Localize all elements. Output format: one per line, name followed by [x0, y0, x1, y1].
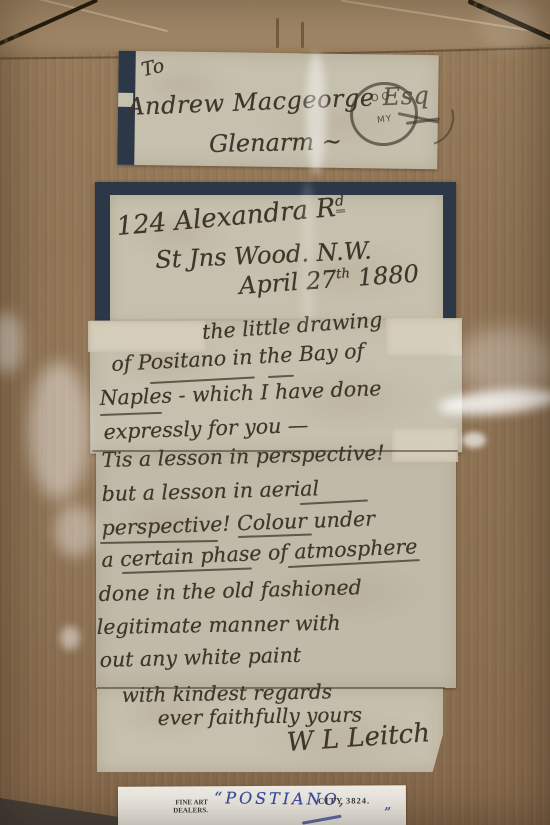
envelope-to: To [139, 55, 166, 82]
date-year: 1880 [357, 259, 420, 291]
frame-shadow [0, 798, 118, 825]
tape-patch [386, 318, 462, 356]
dealer-label: FINE ART DEALERS. “POSTIANO, CITY 3824. … [118, 785, 406, 825]
label-fragment-quote: ” [384, 805, 391, 821]
label-city-code: CITY 3824. [318, 795, 370, 805]
glass-reflection [0, 312, 22, 374]
dealer-name-line2: DEALERS. [146, 806, 208, 814]
glass-reflection [60, 626, 80, 650]
dealer-name: FINE ART DEALERS. [146, 798, 208, 814]
framed-letter-photo: To Andrew Macgeorge Esq Glenarm ~ OO MY … [0, 0, 550, 825]
nail-mark [301, 22, 304, 48]
label-handwriting-fragment [302, 815, 342, 825]
tape-patch [392, 428, 458, 462]
glass-reflection [455, 328, 550, 396]
glass-reflection [28, 362, 90, 500]
letter-line: legitimate manner with [97, 611, 341, 639]
nail-mark [276, 18, 279, 48]
date-sup: th [336, 266, 351, 282]
street-sup: d [334, 194, 345, 214]
envelope-place: Glenarm ~ [209, 127, 342, 158]
glass-reflection [54, 505, 96, 557]
glass-reflection [462, 432, 486, 448]
recipient-name: Andrew Macgeorge [127, 83, 375, 120]
